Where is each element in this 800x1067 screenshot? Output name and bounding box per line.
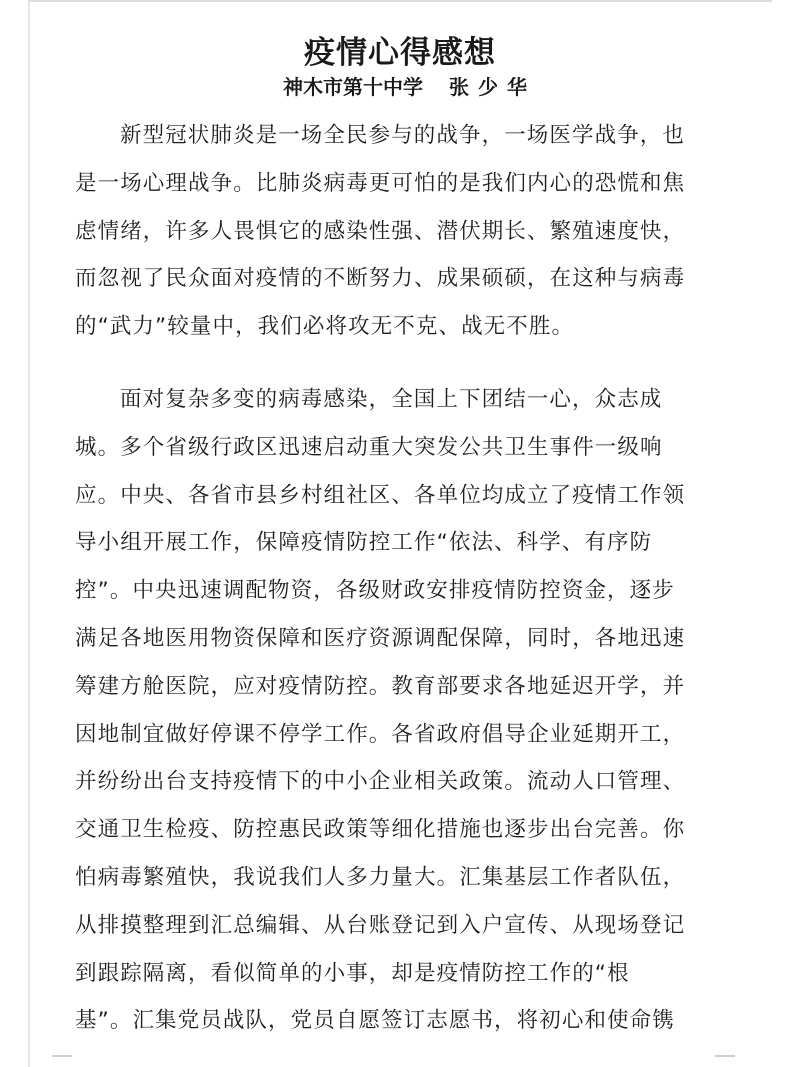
byline-author: 张少华	[449, 75, 536, 99]
text-line: 因地制宜做好停课不停学工作。各省政府倡导企业延期开工，	[75, 711, 700, 759]
text-line: 新型冠状肺炎是一场全民参与的战争，一场医学战争，也	[75, 112, 700, 160]
text-line: 的“武力”较量中，我们必将攻无不克、战无不胜。	[75, 303, 700, 351]
page-corner-mark-right	[715, 1055, 735, 1057]
text-line: 怕病毒繁殖快，我说我们人多力量大。汇集基层工作者队伍，	[75, 854, 700, 902]
text-line: 并纷纷出台支持疫情下的中小企业相关政策。流动人口管理、	[75, 758, 700, 806]
text-line: 虑情绪，许多人畏惧它的感染性强、潜伏期长、繁殖速度快，	[75, 208, 700, 256]
document-title: 疫情心得感想	[0, 33, 800, 73]
text-line: 基”。汇集党员战队，党员自愿签订志愿书，将初心和使命镌	[75, 997, 700, 1045]
text-line: 满足各地医用物资保障和医疗资源调配保障，同时，各地迅速	[75, 615, 700, 663]
paragraph-1: 新型冠状肺炎是一场全民参与的战争，一场医学战争，也 是一场心理战争。比肺炎病毒更…	[75, 112, 700, 351]
text-line: 从排摸整理到汇总编辑、从台账登记到入户宣传、从现场登记	[75, 902, 700, 950]
text-line: 导小组开展工作，保障疫情防控工作“依法、科学、有序防	[75, 519, 700, 567]
text-line: 筹建方舱医院，应对疫情防控。教育部要求各地延迟开学，并	[75, 663, 700, 711]
paragraph-2: 面对复杂多变的病毒感染，全国上下团结一心，众志成 城。多个省级行政区迅速启动重大…	[75, 376, 700, 1045]
byline-school: 神木市第十中学	[283, 75, 423, 99]
text-line: 城。多个省级行政区迅速启动重大突发公共卫生事件一级响	[75, 424, 700, 472]
text-line: 交通卫生检疫、防控惠民政策等细化措施也逐步出台完善。你	[75, 806, 700, 854]
text-line: 而忽视了民众面对疫情的不断努力、成果硕硕，在这种与病毒	[75, 255, 700, 303]
text-line: 是一场心理战争。比肺炎病毒更可怕的是我们内心的恐慌和焦	[75, 160, 700, 208]
byline: 神木市第十中学张少华	[283, 72, 536, 102]
text-line: 到跟踪隔离，看似简单的小事，却是疫情防控工作的“根	[75, 950, 700, 998]
page-corner-mark-left	[52, 1055, 72, 1057]
text-line: 控”。中央迅速调配物资，各级财政安排疫情防控资金，逐步	[75, 567, 700, 615]
text-line: 应。中央、各省市县乡村组社区、各单位均成立了疫情工作领	[75, 472, 700, 520]
text-line: 面对复杂多变的病毒感染，全国上下团结一心，众志成	[75, 376, 700, 424]
